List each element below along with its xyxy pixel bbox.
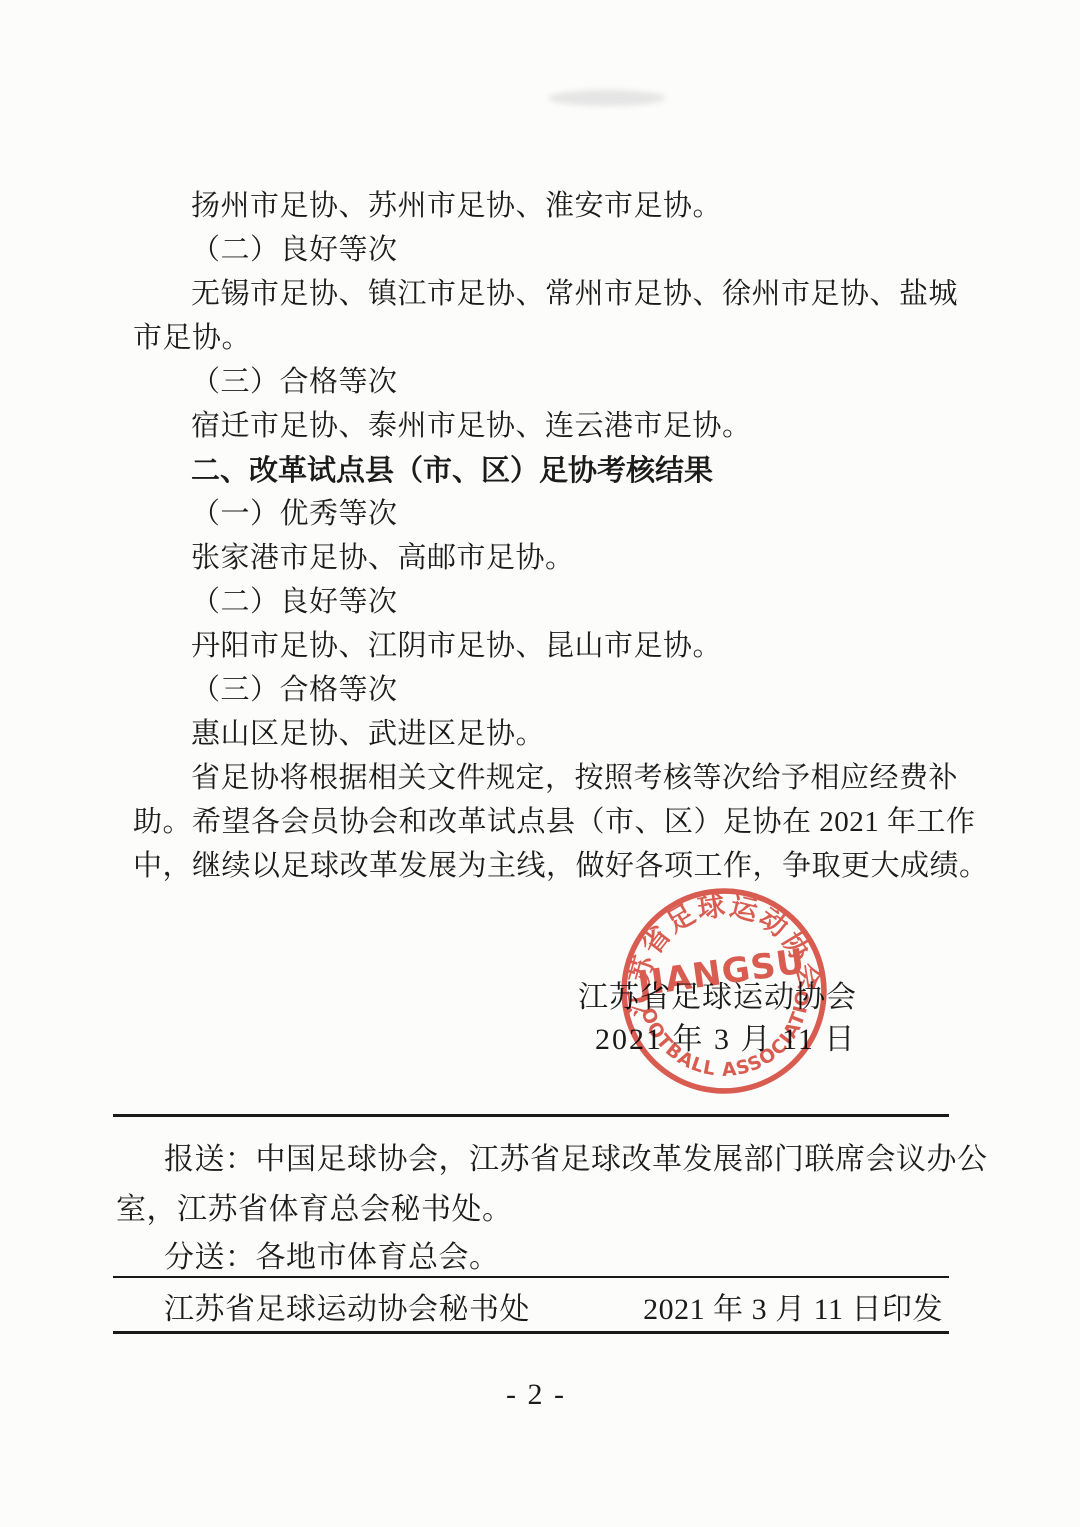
footer-rule-top	[113, 1114, 949, 1117]
body-line: 张家港市足协、高邮市足协。	[133, 536, 963, 580]
footer-report-line2: 室，江苏省体育总会秘书处。	[116, 1188, 513, 1232]
footer-rule-middle	[113, 1276, 949, 1278]
sub-heading: （二）良好等次	[133, 580, 963, 624]
body-line: 无锡市足协、镇江市足协、常州市足协、徐州市足协、盐城	[133, 272, 963, 316]
sub-heading: （一）优秀等次	[133, 492, 963, 536]
section-heading: 二、改革试点县（市、区）足协考核结果	[133, 448, 963, 492]
official-seal-stamp: 江苏省足球运动协会 FOOTBALL ASSOCIATION JIANGSU	[617, 884, 831, 1098]
scan-smudge	[548, 90, 666, 106]
body-line: 助。希望各会员协会和改革试点县（市、区）足协在 2021 年工作	[133, 800, 963, 844]
body-line: 扬州市足协、苏州市足协、淮安市足协。	[133, 184, 963, 228]
footer-print-date: 2021 年 3 月 11 日印发	[643, 1288, 943, 1332]
body-line: 市足协。	[133, 316, 963, 360]
footer-distribute-line: 分送：各地市体育总会。	[164, 1236, 500, 1280]
document-page: 扬州市足协、苏州市足协、淮安市足协。 （二）良好等次 无锡市足协、镇江市足协、常…	[0, 0, 1080, 1527]
document-body: 扬州市足协、苏州市足协、淮安市足协。 （二）良好等次 无锡市足协、镇江市足协、常…	[133, 184, 963, 888]
body-line: 中，继续以足球改革发展为主线，做好各项工作，争取更大成绩。	[133, 844, 963, 888]
body-line: 宿迁市足协、泰州市足协、连云港市足协。	[133, 404, 963, 448]
body-line: 惠山区足协、武进区足协。	[133, 712, 963, 756]
footer-rule-bottom	[113, 1331, 949, 1334]
footer-report-line1: 报送：中国足球协会，江苏省足球改革发展部门联席会议办公	[164, 1138, 988, 1182]
page-number: - 2 -	[0, 1378, 1072, 1412]
footer-issuer: 江苏省足球运动协会秘书处	[164, 1288, 530, 1332]
body-line: 省足协将根据相关文件规定，按照考核等次给予相应经费补	[133, 756, 963, 800]
sub-heading: （三）合格等次	[133, 668, 963, 712]
body-line: 丹阳市足协、江阴市足协、昆山市足协。	[133, 624, 963, 668]
sub-heading: （三）合格等次	[133, 360, 963, 404]
sub-heading: （二）良好等次	[133, 228, 963, 272]
